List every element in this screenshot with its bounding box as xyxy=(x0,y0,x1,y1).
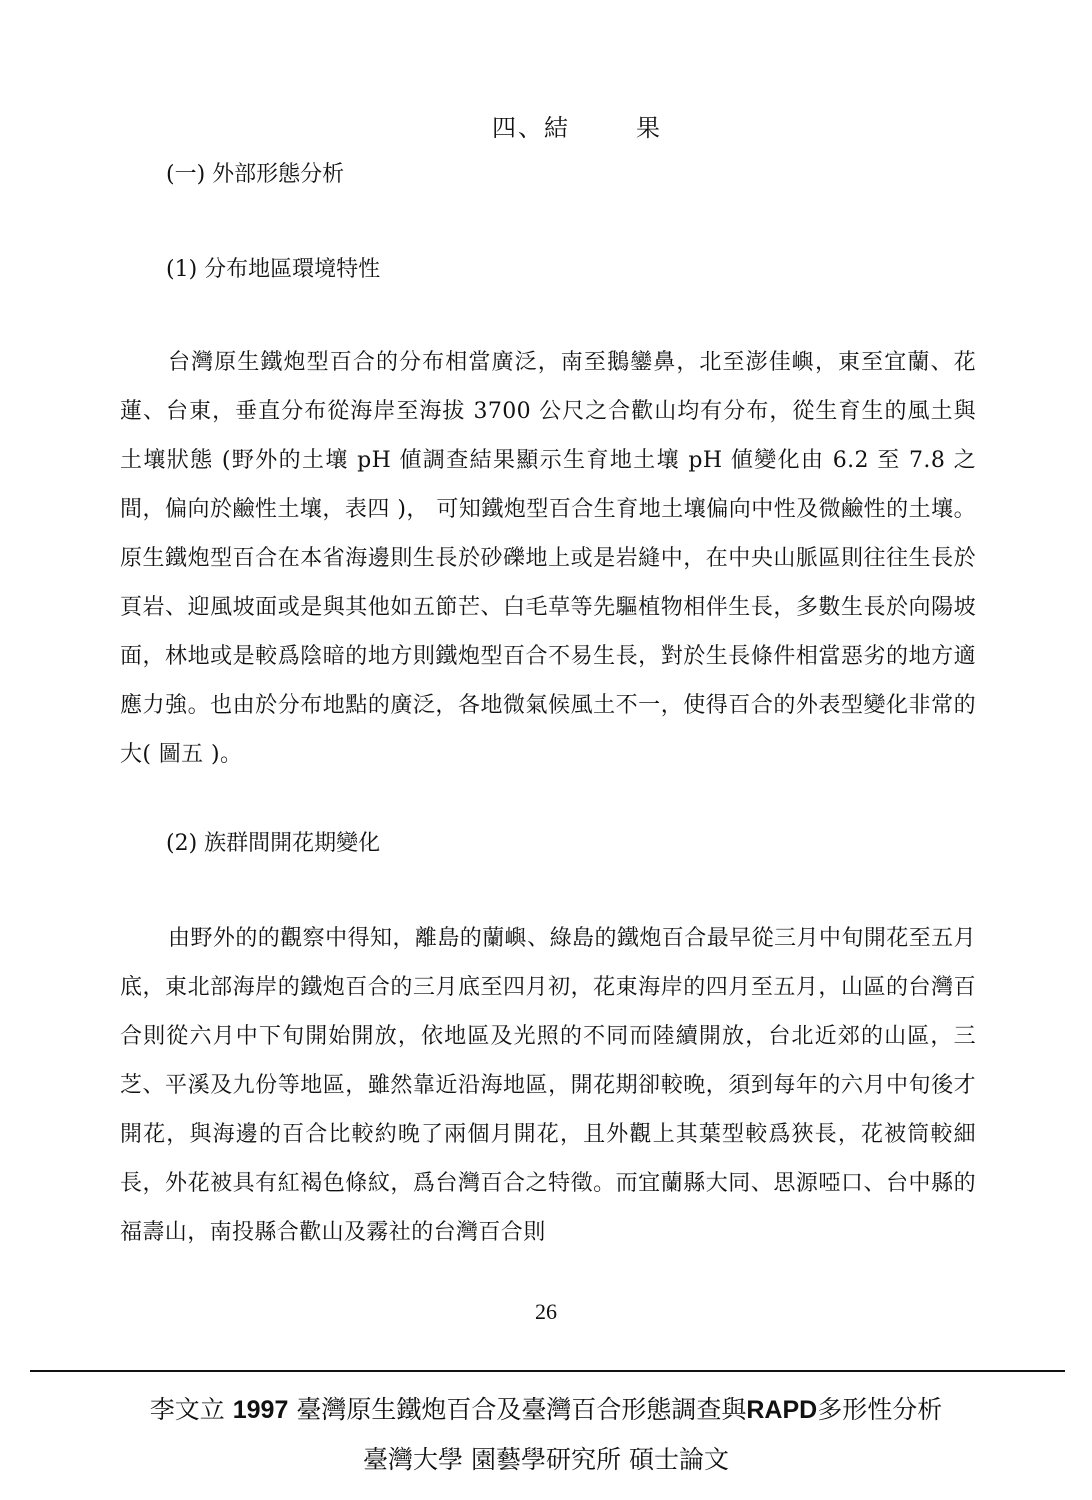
subsection-heading-distribution: (1) 分布地區環境特性 xyxy=(166,255,380,285)
section-heading: (一) 外部形態分析 xyxy=(166,160,344,190)
chapter-title: 四、結果 xyxy=(492,112,662,144)
footer-divider xyxy=(30,1370,1065,1372)
subsection-heading-flowering: (2) 族群間開花期變化 xyxy=(166,829,380,859)
citation-year: 1997 xyxy=(233,1396,289,1424)
citation-title-bold: RAPD xyxy=(746,1396,817,1424)
document-page: 四、結果 (一) 外部形態分析 (1) 分布地區環境特性 台灣原生鐵炮型百合的分… xyxy=(0,0,1092,1500)
paragraph-distribution: 台灣原生鐵炮型百合的分布相當廣泛，南至鵝鑾鼻，北至澎佳嶼，東至宜蘭、花蓮、台東，… xyxy=(120,338,976,779)
chapter-title-part2: 果 xyxy=(636,114,662,142)
footer-citation: 李文立 1997 臺灣原生鐵炮百合及臺灣百合形態調查與RAPD多形性分析 xyxy=(0,1393,1092,1427)
page-number: 26 xyxy=(0,1298,1092,1326)
footer-affiliation: 臺灣大學 園藝學研究所 碩士論文 xyxy=(0,1443,1092,1477)
chapter-title-part1: 四、結 xyxy=(492,114,570,142)
paragraph-flowering: 由野外的的觀察中得知，離島的蘭嶼、綠島的鐵炮百合最早從三月中旬開花至五月底，東北… xyxy=(120,914,976,1257)
citation-title-part2: 多形性分析 xyxy=(817,1395,942,1424)
citation-author: 李文立 xyxy=(150,1395,225,1424)
citation-title-part1: 臺灣原生鐵炮百合及臺灣百合形態調查與 xyxy=(296,1395,746,1424)
